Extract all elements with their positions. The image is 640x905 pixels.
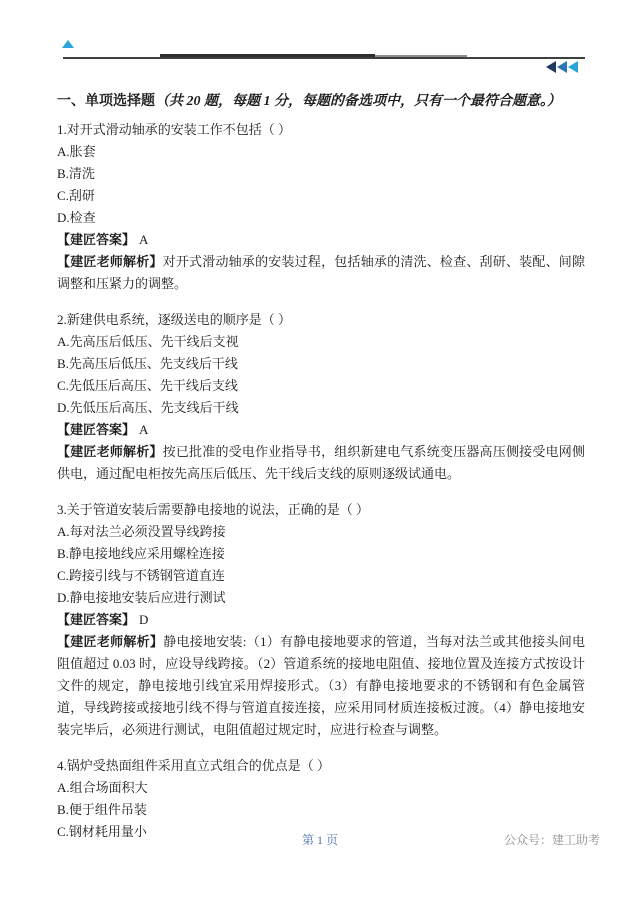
option-c: C.先低压后高压、先干线后支线 (57, 375, 585, 397)
option-a: A.每对法兰必须没置导线跨接 (57, 521, 585, 543)
option-a: A.先高压后低压、先干线后支视 (57, 331, 585, 353)
question-stem: 3.关于管道安装后需要静电接地的说法，正确的是（ ） (57, 499, 585, 521)
section-heading: 一、单项选择题（共 20 题，每题 1 分，每题的备选项中，只有一个最符合题意。… (57, 91, 585, 113)
header-rule-light-segment (375, 55, 467, 57)
question-stem: 4.锅炉受热面组件采用直立式组合的优点是（ ） (57, 755, 585, 777)
answer-label: 【建匠答案】 (57, 232, 135, 247)
option-a: A.组合场面积大 (57, 777, 585, 799)
answer-label: 【建匠答案】 (57, 612, 135, 627)
wechat-account-label: 公众号：建工助考 (504, 832, 600, 848)
option-c: C.刮研 (57, 185, 585, 207)
analysis-label: 【建匠老师解析】 (57, 254, 163, 269)
analysis-label: 【建匠老师解析】 (57, 444, 163, 459)
option-b: B.先高压后低压、先支线后干线 (57, 353, 585, 375)
left-arrows-group (545, 61, 578, 73)
option-d: D.先低压后高压、先支线后干线 (57, 397, 585, 419)
page-footer: 第 1 页 公众号：建工助考 (0, 832, 640, 852)
question-block-4: 4.锅炉受热面组件采用直立式组合的优点是（ ） A.组合场面积大 B.便于组件吊… (57, 755, 585, 843)
header-rule (63, 57, 585, 59)
option-d: D.静电接地安装后应进行测试 (57, 587, 585, 609)
left-arrow-dark-icon (546, 61, 556, 73)
analysis-text: 静电接地安装:（1）有静电接地要求的管道，当每对法兰或其他接头间电阻值超过 0.… (57, 634, 585, 737)
left-arrow-cyan-icon (568, 61, 578, 73)
analysis-paragraph: 【建匠老师解析】对开式滑动轴承的安装过程，包括轴承的清洗、检查、刮研、装配、间隙… (57, 251, 585, 295)
answer-label: 【建匠答案】 (57, 422, 135, 437)
option-c: C.跨接引线与不锈钢管道直连 (57, 565, 585, 587)
left-arrow-blue-icon (557, 61, 567, 73)
answer-value: D (139, 612, 148, 627)
option-b: B.清洗 (57, 163, 585, 185)
option-d: D.检查 (57, 207, 585, 229)
answer-value: A (139, 232, 148, 247)
option-a: A.胀套 (57, 141, 585, 163)
answer-line: 【建匠答案】D (57, 609, 585, 631)
answer-value: A (139, 422, 148, 437)
analysis-label: 【建匠老师解析】 (57, 634, 163, 649)
header-rule-bold-segment (160, 54, 375, 57)
question-stem: 2.新建供电系统，逐级送电的顺序是（ ） (57, 309, 585, 331)
document-body: 一、单项选择题（共 20 题，每题 1 分，每题的备选项中，只有一个最符合题意。… (57, 91, 585, 857)
question-block-2: 2.新建供电系统，逐级送电的顺序是（ ） A.先高压后低压、先干线后支视 B.先… (57, 309, 585, 485)
answer-line: 【建匠答案】A (57, 419, 585, 441)
answer-line: 【建匠答案】A (57, 229, 585, 251)
question-block-3: 3.关于管道安装后需要静电接地的说法，正确的是（ ） A.每对法兰必须没置导线跨… (57, 499, 585, 741)
section-title: 一、单项选择题 (57, 94, 155, 109)
option-b: B.静电接地线应采用螺栓连接 (57, 543, 585, 565)
question-stem: 1.对开式滑动轴承的安装工作不包括（ ） (57, 119, 585, 141)
question-block-1: 1.对开式滑动轴承的安装工作不包括（ ） A.胀套 B.清洗 C.刮研 D.检查… (57, 119, 585, 295)
triangle-up-icon (62, 40, 74, 48)
option-b: B.便于组件吊装 (57, 799, 585, 821)
analysis-paragraph: 【建匠老师解析】静电接地安装:（1）有静电接地要求的管道，当每对法兰或其他接头间… (57, 631, 585, 741)
page-header-graphic (0, 0, 640, 84)
section-note: （共 20 题，每题 1 分，每题的备选项中，只有一个最符合题意。） (155, 94, 561, 109)
analysis-paragraph: 【建匠老师解析】按已批准的受电作业指导书，组织新建电气系统变压器高压侧接受电网侧… (57, 441, 585, 485)
